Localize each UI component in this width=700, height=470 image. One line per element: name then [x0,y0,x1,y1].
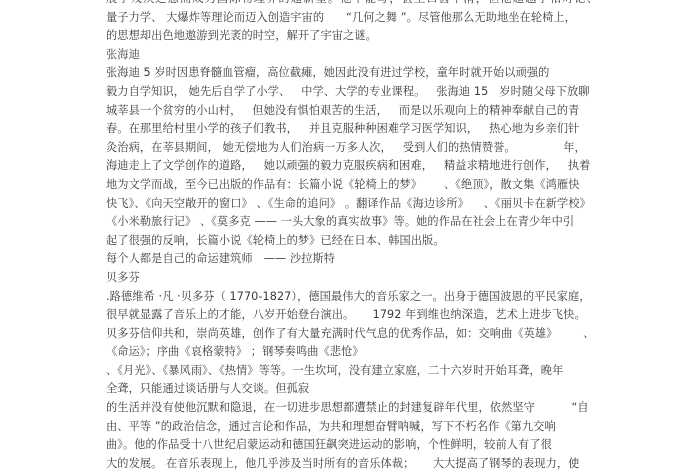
document-body: 展了残疾之悲而成为国际物理界的超新星。他不能写，甚至口齿不清，但他超越了相对论、… [106,0,598,470]
text-line: 的思想却出色地遨游到光袤的时空，解开了宇宙之谜。 [106,27,598,46]
text-line: 贝多芬信仰共和，崇尚英雄，创作了有大量充满时代气息的优秀作品，如：交响曲《英雄》… [106,325,598,344]
document-page: 展了残疾之悲而成为国际物理界的超新星。他不能写，甚至口齿不清，但他超越了相对论、… [0,0,700,470]
text-line: 地为文学而战，至今已出版的作品有：长篇小说《轮椅上的梦》 、《绝顶》，散文集《鸿… [106,176,598,195]
text-line: 展了残疾之悲而成为国际物理界的超新星。他不能写，甚至口齿不清，但他超越了相对论、 [106,0,598,9]
text-line: 量子力学、 大爆炸等理论而迈入创造宇宙的 “几何之舞 ”。尽管他那么无助地坐在轮… [106,9,598,28]
text-line: 《命运》；序曲《哀格蒙特》 ；钢琴奏鸣曲《悲怆》 [106,343,598,362]
text-line: 快飞》、《向天空敞开的窗口》 、《生命的追问》 。翻译作品《海边诊所》 、《丽贝… [106,195,598,214]
text-line: 起了很强的反响，长篇小说《轮椅上的梦》已经在日本、韩国出版。 [106,232,598,251]
section-heading: 张海迪 [106,46,598,65]
text-line: 海迪走上了文学创作的道路， 她以顽强的毅力克服疾病和困难， 精益求精地进行创作，… [106,157,598,176]
text-line: 每个人都是自己的命运建筑师 —— 沙拉斯特 [106,250,598,269]
text-line: 城莘县一个贫穷的小山村， 但她没有惧怕艰苦的生活， 而是以乐观向上的精神奉献自己… [106,102,598,121]
text-line: 《小米勒旅行记》 、《莫多克 —— 一头大象的真实故事》等。她的作品在社会上在青… [106,213,598,232]
section-heading: 贝多芬 [106,269,598,288]
text-line: 灸治病，在莘县期间， 她无偿地为人们治病一万多人次， 受到人们的热情赞誉。 年， [106,139,598,158]
text-line: 全聋，只能通过谈话册与人交谈。但孤寂 [106,380,598,399]
text-line: .路德维希 ·凡 ·贝多芬（ 1770-1827），德国最伟大的音乐家之一。出身… [106,288,598,307]
text-line: 曲》。他的作品受十八世纪启蒙运动和德国狂飙突进运动的影响，个性鲜明，较前人有了很 [106,436,598,455]
text-line: 毅力自学知识， 她先后自学了小学、 中学、大学的专业课程。 张海迪 15 岁时随… [106,83,598,102]
text-line: 大的发展。 在音乐表现上，他几乎涉及当时所有的音乐体裁； 大大提高了钢琴的表现力… [106,455,598,470]
text-line: 春。在那里给村里小学的孩子们教书， 并且克服种种困难学习医学知识， 热心地为乡亲… [106,120,598,139]
text-line: 、《月光》、《暴风雨》、《热情》等等。一生坎坷，没有建立家庭，二十六岁时开始耳聋… [106,362,598,381]
text-line: 由、平等 ”的政治信念，通过言论和作品，为共和理想奋臂呐喊，写下不朽名作《第九交… [106,418,598,437]
text-line: 的生活并没有使他沉默和隐退，在一切进步思想都遭禁止的封建复辟年代里，依然坚守 “… [106,399,598,418]
text-line: 张海迪 5 岁时因患脊髓血管瘤，高位截瘫，她因此没有进过学校，童年时就开始以顽强… [106,64,598,83]
text-line: 很早就显露了音乐上的才能，八岁开始登台演出。 1792 年到维也纳深造，艺术上进… [106,306,598,325]
